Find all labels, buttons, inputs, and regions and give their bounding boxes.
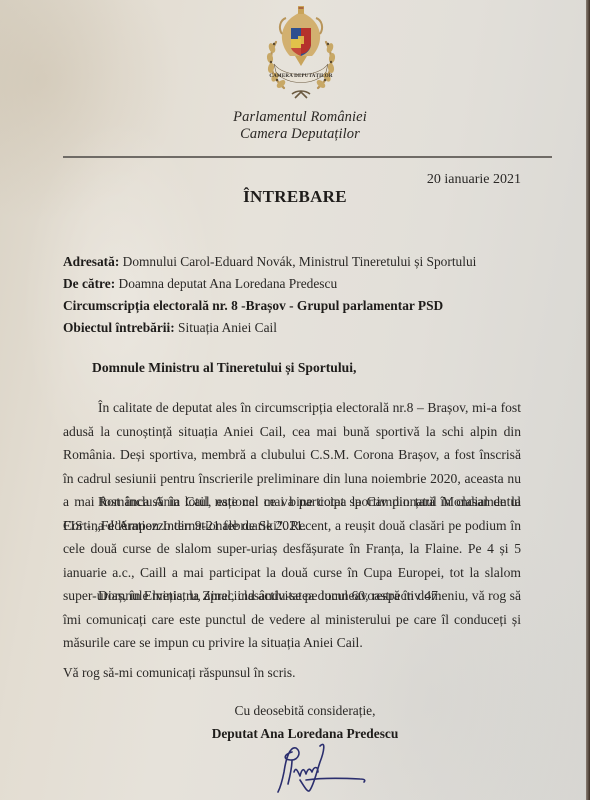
header-label: Obiectul întrebării:: [63, 320, 175, 335]
svg-text:CAMERA DEPUTAȚILOR: CAMERA DEPUTAȚILOR: [269, 74, 333, 79]
header-field-subject: Obiectul întrebării: Situația Aniei Cail: [63, 320, 277, 336]
header-field-from: De către: Doamna deputat Ana Loredana Pr…: [63, 276, 337, 292]
letterhead-divider: [63, 156, 552, 158]
header-field-addressee: Adresată: Domnului Carol-Eduard Novák, M…: [63, 254, 476, 270]
header-label: Adresată:: [63, 254, 119, 269]
header-label: De către:: [63, 276, 115, 291]
closing-request: Vă rog să-mi comunicați răspunsul în scr…: [63, 665, 295, 681]
document-date: 20 ianuarie 2021: [427, 172, 521, 188]
body-paragraph: Domnule ministru, apreciind activitatea …: [63, 584, 521, 655]
regards-line: Cu deosebită considerație,: [0, 703, 590, 719]
header-value: Doamna deputat Ana Loredana Predescu: [115, 276, 337, 291]
header-value: Situația Aniei Cail: [175, 320, 277, 335]
header-value: Domnului Carol-Eduard Novák, Ministrul T…: [119, 254, 476, 269]
institution-name-line1: Parlamentul României: [0, 109, 590, 126]
coat-of-arms-icon: CAMERA DEPUTAȚILOR: [262, 4, 340, 104]
header-field-constituency: Circumscripția electorală nr. 8 -Brașov …: [63, 298, 443, 314]
salutation: Domnule Ministru al Tineretului și Sport…: [92, 360, 356, 376]
document-title: ÎNTREBARE: [0, 187, 590, 207]
handwritten-signature-icon: [270, 738, 380, 796]
institution-name-line2: Camera Deputaților: [0, 126, 590, 143]
header-label: Circumscripția electorală nr. 8 -Brașov …: [63, 298, 443, 313]
